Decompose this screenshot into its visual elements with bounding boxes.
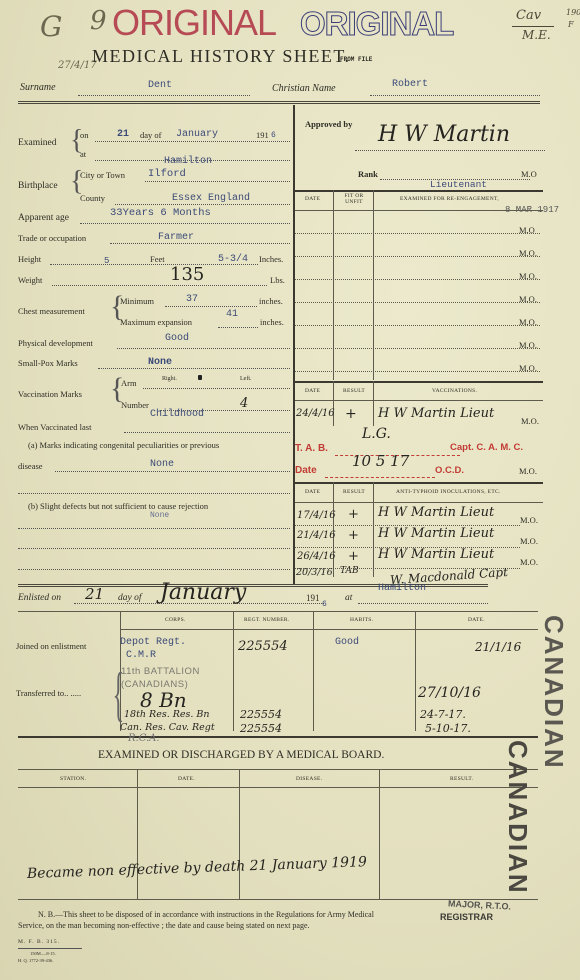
corner-note-f: F xyxy=(568,20,574,29)
reeng-col-divider-2 xyxy=(373,190,374,380)
typhoid-row-2-mo: M.O. xyxy=(520,536,538,546)
original-stamp-blue: ORIGINAL xyxy=(300,5,453,43)
city-value: Ilford xyxy=(148,168,186,180)
reeng-row-rule-6 xyxy=(295,348,540,349)
enlist-col-corps: Corps. xyxy=(165,617,186,623)
tab-date-value: 10 5 17 xyxy=(352,452,409,470)
when-vacc-label: When Vaccinated last xyxy=(18,422,91,432)
joined-date: 21/1/16 xyxy=(475,640,521,654)
transferred-label: Transferred to.. ..... xyxy=(16,688,81,698)
corner-mark-g: G xyxy=(40,10,62,43)
typhoid-row-1-mo: M.O. xyxy=(520,515,538,525)
surname-rule xyxy=(78,95,250,96)
physical-label: Physical development xyxy=(18,338,93,348)
reeng-row-rule-2 xyxy=(295,256,540,257)
vacc-col-result: Result xyxy=(343,388,365,394)
corner-date-note: 27/4/17 xyxy=(58,60,97,71)
enlisted-month: January xyxy=(160,580,246,605)
canadian-stamp-2: CANADIAN xyxy=(502,740,533,895)
reeng-mo-2: M.O. xyxy=(519,248,537,258)
board-col-divider-2 xyxy=(239,769,240,899)
header-divider xyxy=(18,101,540,104)
examined-at-label: at xyxy=(80,149,86,159)
major-stamp: MAJOR, R.T.O. xyxy=(448,898,511,911)
day-of-label: day of xyxy=(140,130,161,140)
chest-max-value: 41 xyxy=(226,309,238,320)
enlisted-year-prefix: 191 xyxy=(306,593,320,603)
chest-max-label: Maximum expansion xyxy=(120,317,192,327)
weight-value: 135 xyxy=(170,264,204,285)
examined-on-rule xyxy=(95,141,290,142)
nb-text-line-2: Service, on the man becoming non-effecti… xyxy=(18,921,310,930)
examined-day: 21 xyxy=(117,129,129,140)
reeng-row-rule-5 xyxy=(295,325,540,326)
enlist-col-date: Date. xyxy=(468,617,485,623)
typhoid-col-date: Date xyxy=(305,489,320,495)
print-code-1: 150M.—8-15. xyxy=(30,951,56,956)
corner-note-me: M.E. xyxy=(522,28,551,42)
enlist-table-bottom xyxy=(18,736,538,738)
weight-label: Weight xyxy=(18,275,42,285)
board-table-top xyxy=(18,769,538,770)
surname-label: Surname xyxy=(20,82,56,93)
form-id: M. F. B. 315. xyxy=(18,939,60,945)
reeng-mo-1: M.O xyxy=(519,225,535,235)
vacc-row-result: + xyxy=(345,406,357,422)
joined-habits: Good xyxy=(335,637,359,648)
defects-b-label: (b) Slight defects but not sufficient to… xyxy=(28,501,208,511)
disease-label: disease xyxy=(18,461,43,471)
chest-min-label: Minimum xyxy=(120,296,154,306)
weight-rule xyxy=(52,285,267,286)
reeng-mo-3: M.O. xyxy=(519,271,537,281)
typhoid-col-divider-2 xyxy=(373,482,374,577)
board-death-note: Became non effective by death 21 January… xyxy=(27,854,367,882)
transfer-4-date: 5-10-17. xyxy=(425,722,471,735)
enlist-initials: R.C.A. xyxy=(128,733,160,744)
examined-year-prefix: 191 xyxy=(256,130,269,140)
enlisted-day-of-label: day of xyxy=(118,593,141,603)
approved-by-label: Approved by xyxy=(305,119,352,129)
typhoid-row-2-result: + xyxy=(348,528,359,543)
chest-min-value: 37 xyxy=(186,294,198,305)
corner-note-cav: Cav xyxy=(516,8,541,23)
enlist-header-rule xyxy=(120,629,538,630)
typhoid-col-result: Result xyxy=(343,489,365,495)
vacc-row-date: 24/4/16 xyxy=(296,408,335,419)
vacc-number-value: 4 xyxy=(240,396,248,411)
reeng-header-rule xyxy=(295,210,543,211)
reeng-row-rule-1 xyxy=(295,233,540,234)
reeng-row-rule-4 xyxy=(295,302,540,303)
enlist-col-habits: Habits. xyxy=(350,617,373,623)
inches-label: Inches. xyxy=(259,254,283,264)
board-col-divider-1 xyxy=(137,769,138,899)
vacc-col-date: Date xyxy=(305,388,320,394)
typhoid-row-3-result: + xyxy=(348,549,359,564)
corner-mark-digit: 9 xyxy=(90,6,107,36)
typhoid-row-3-signature: H W Martin Lieut xyxy=(378,547,494,562)
surname-value: Dent xyxy=(148,80,172,91)
typhoid-row-1-result: + xyxy=(348,507,359,522)
reeng-mo-4: M.O. xyxy=(519,294,537,304)
rank-mo-label: M.O xyxy=(521,169,537,179)
corner-note-190: 190 xyxy=(566,8,580,17)
registrar-stamp: REGISTRAR xyxy=(440,912,493,922)
city-label: City or Town xyxy=(80,170,125,180)
reeng-col-divider-1 xyxy=(333,190,334,380)
when-vacc-value: Childhood xyxy=(150,409,204,420)
corner-note-divider xyxy=(512,26,554,27)
rank-value: Lieutenant xyxy=(430,179,487,190)
enlisted-place: Hamilton xyxy=(378,583,426,594)
marks-a-label: (a) Marks indicating congenital peculiar… xyxy=(28,440,219,450)
physical-rule xyxy=(117,348,290,349)
reeng-mo-5: M.O. xyxy=(519,317,537,327)
approved-by-rule xyxy=(355,150,545,151)
typhoid-row-4-date: 20/3/16 xyxy=(296,567,333,578)
vacc-col-divider-1 xyxy=(333,381,334,426)
right-arm-mark xyxy=(198,375,202,380)
typhoid-col-inoculations: Anti-Typhoid Inoculations, Etc. xyxy=(396,489,501,495)
board-col-station: Station. xyxy=(60,776,86,782)
center-divider xyxy=(293,105,295,585)
transfer-3-corps: 18th Res. Res. Bn xyxy=(124,709,210,720)
arm-rule xyxy=(143,388,290,389)
chest-max-rule xyxy=(218,327,258,328)
nb-text-line-1: N. B.—This sheet to be disposed of in ac… xyxy=(38,910,374,919)
reeng-col-examined: Examined for Re-engagement, xyxy=(400,196,499,202)
apparent-age-value: 33Years 6 Months xyxy=(110,207,211,219)
file-overprint: FROM FILE xyxy=(340,56,372,63)
transfer-4-number: 225554 xyxy=(240,722,282,735)
marks-a-rule xyxy=(55,471,290,472)
tab-label: T. A. B. xyxy=(295,443,328,454)
vacc-col-divider-2 xyxy=(373,381,374,426)
christian-name-label: Christian Name xyxy=(272,83,336,94)
examined-year-suffix: 6 xyxy=(271,131,276,140)
chest-min-unit: inches. xyxy=(259,296,283,306)
vacc-col-vaccinations: Vaccinations. xyxy=(432,388,477,394)
medical-board-title: EXAMINED OR DISCHARGED BY A MEDICAL BOAR… xyxy=(98,749,384,761)
board-col-disease: Disease. xyxy=(296,776,322,782)
defects-b-value: None xyxy=(150,511,169,520)
typhoid-row-1-date: 17/4/16 xyxy=(297,510,336,521)
joined-corps-2: C.M.R xyxy=(126,650,156,661)
enlisted-on-label: Enlisted on xyxy=(18,593,61,603)
vacc-initials: L.G. xyxy=(362,426,391,442)
board-col-divider-3 xyxy=(379,769,380,899)
left-arm-label: Left. xyxy=(240,376,252,382)
defects-b-rule-2 xyxy=(18,548,290,549)
vacc-marks-label: Vaccination Marks xyxy=(18,389,82,399)
transfer-2-date: 27/10/16 xyxy=(418,685,481,701)
smallpox-label: Small-Pox Marks xyxy=(18,358,78,368)
approved-by-signature: H W Martin xyxy=(378,122,510,147)
examined-on-label: on xyxy=(80,130,89,140)
page-title: MEDICAL HISTORY SHEET. xyxy=(92,46,351,67)
reeng-mo-6: M.O. xyxy=(519,340,537,350)
arm-label: Arm xyxy=(121,378,137,388)
marks-a-value: None xyxy=(150,459,174,470)
transfer-3-date: 24-7-17. xyxy=(420,708,466,721)
examined-label: Examined xyxy=(18,138,57,148)
typhoid-row-4-result: TAB xyxy=(340,566,359,576)
tab-mo: M.O. xyxy=(519,466,537,476)
height-feet-value: 5 xyxy=(104,256,109,266)
typhoid-row-3-mo: M.O. xyxy=(520,557,538,567)
vacc-row-mo: M.O. xyxy=(521,416,539,426)
enlist-col-number: Regt. Number. xyxy=(244,617,290,623)
reeng-row-rule-3 xyxy=(295,279,540,280)
apparent-age-rule xyxy=(80,223,290,224)
trade-value: Farmer xyxy=(158,232,194,243)
smallpox-rule xyxy=(98,368,290,369)
defects-b-rule-3 xyxy=(18,569,290,570)
marks-a-extra-rule xyxy=(18,493,290,494)
typhoid-row-2-date: 21/4/16 xyxy=(297,530,336,541)
typhoid-row-3-date: 26/4/16 xyxy=(297,551,336,562)
enlisted-year-suffix: 6 xyxy=(322,600,327,609)
trade-rule xyxy=(110,243,290,244)
board-col-date: Date. xyxy=(178,776,195,782)
typhoid-row-2-signature: H W Martin Lieut xyxy=(378,526,494,541)
rank-label: Rank xyxy=(358,169,378,179)
trade-label: Trade or occupation xyxy=(18,233,86,243)
vacc-row-signature: H W Martin Lieut xyxy=(378,406,494,421)
height-inches-value: 5-3/4 xyxy=(218,254,248,265)
tab-date-label: Date xyxy=(295,465,317,476)
when-vacc-rule xyxy=(124,432,290,433)
city-rule xyxy=(145,181,290,182)
christian-name-value: Robert xyxy=(392,79,428,90)
county-label: County xyxy=(80,193,105,203)
height-label: Height xyxy=(18,254,41,264)
right-arm-label: Right. xyxy=(162,376,177,382)
joined-number: 225554 xyxy=(238,639,288,654)
smallpox-value: None xyxy=(148,357,172,368)
canadian-stamp-1: CANADIAN xyxy=(538,615,569,770)
joined-corps-1: Depot Regt. xyxy=(120,637,186,648)
apparent-age-label: Apparent age xyxy=(18,213,69,223)
reeng-col-date: Date xyxy=(305,196,320,202)
vacc-number-label: Number xyxy=(121,400,149,410)
joined-label: Joined on enlistment xyxy=(16,641,86,651)
examined-at-value: Hamilton xyxy=(164,156,212,167)
transfer-4-corps: Can. Res. Cav. Regt xyxy=(120,722,215,733)
reeng-col-fit: Fit or Unfit xyxy=(343,193,365,205)
original-stamp-red: ORIGINAL xyxy=(112,2,276,44)
enlist-table-top xyxy=(18,611,538,612)
defects-b-rule-1 xyxy=(18,528,290,529)
transfer-3-number: 225554 xyxy=(240,708,282,721)
tab-date-rule xyxy=(325,477,435,478)
examined-month: January xyxy=(176,129,218,140)
tab-officer: Capt. C. A. M. C. xyxy=(450,442,523,453)
board-header-rule xyxy=(18,787,538,788)
physical-value: Good xyxy=(165,333,189,344)
county-value: Essex England xyxy=(172,193,250,204)
county-rule xyxy=(115,204,290,205)
typhoid-row-1-signature: H W Martin Lieut xyxy=(378,505,494,520)
form-id-rule xyxy=(18,948,82,949)
chest-label: Chest measurement xyxy=(18,306,85,316)
board-col-result: Result. xyxy=(450,776,473,782)
print-code-2: H. Q. 1772-39-436. xyxy=(18,958,53,963)
chest-min-rule xyxy=(165,306,257,307)
reeng-mo-7: M.O. xyxy=(519,363,537,373)
tab-ocd: O.C.D. xyxy=(435,465,464,476)
enlisted-at-label: at xyxy=(345,593,352,603)
reeng-row-rule-7 xyxy=(295,371,540,372)
birthplace-label: Birthplace xyxy=(18,181,58,191)
lbs-label: Lbs. xyxy=(270,275,285,285)
christian-name-rule xyxy=(370,95,540,96)
feet-label: Feet xyxy=(150,254,165,264)
enlisted-day: 21 xyxy=(85,585,104,603)
chest-max-unit: inches. xyxy=(260,317,284,327)
enlisted-place-rule xyxy=(358,603,488,604)
